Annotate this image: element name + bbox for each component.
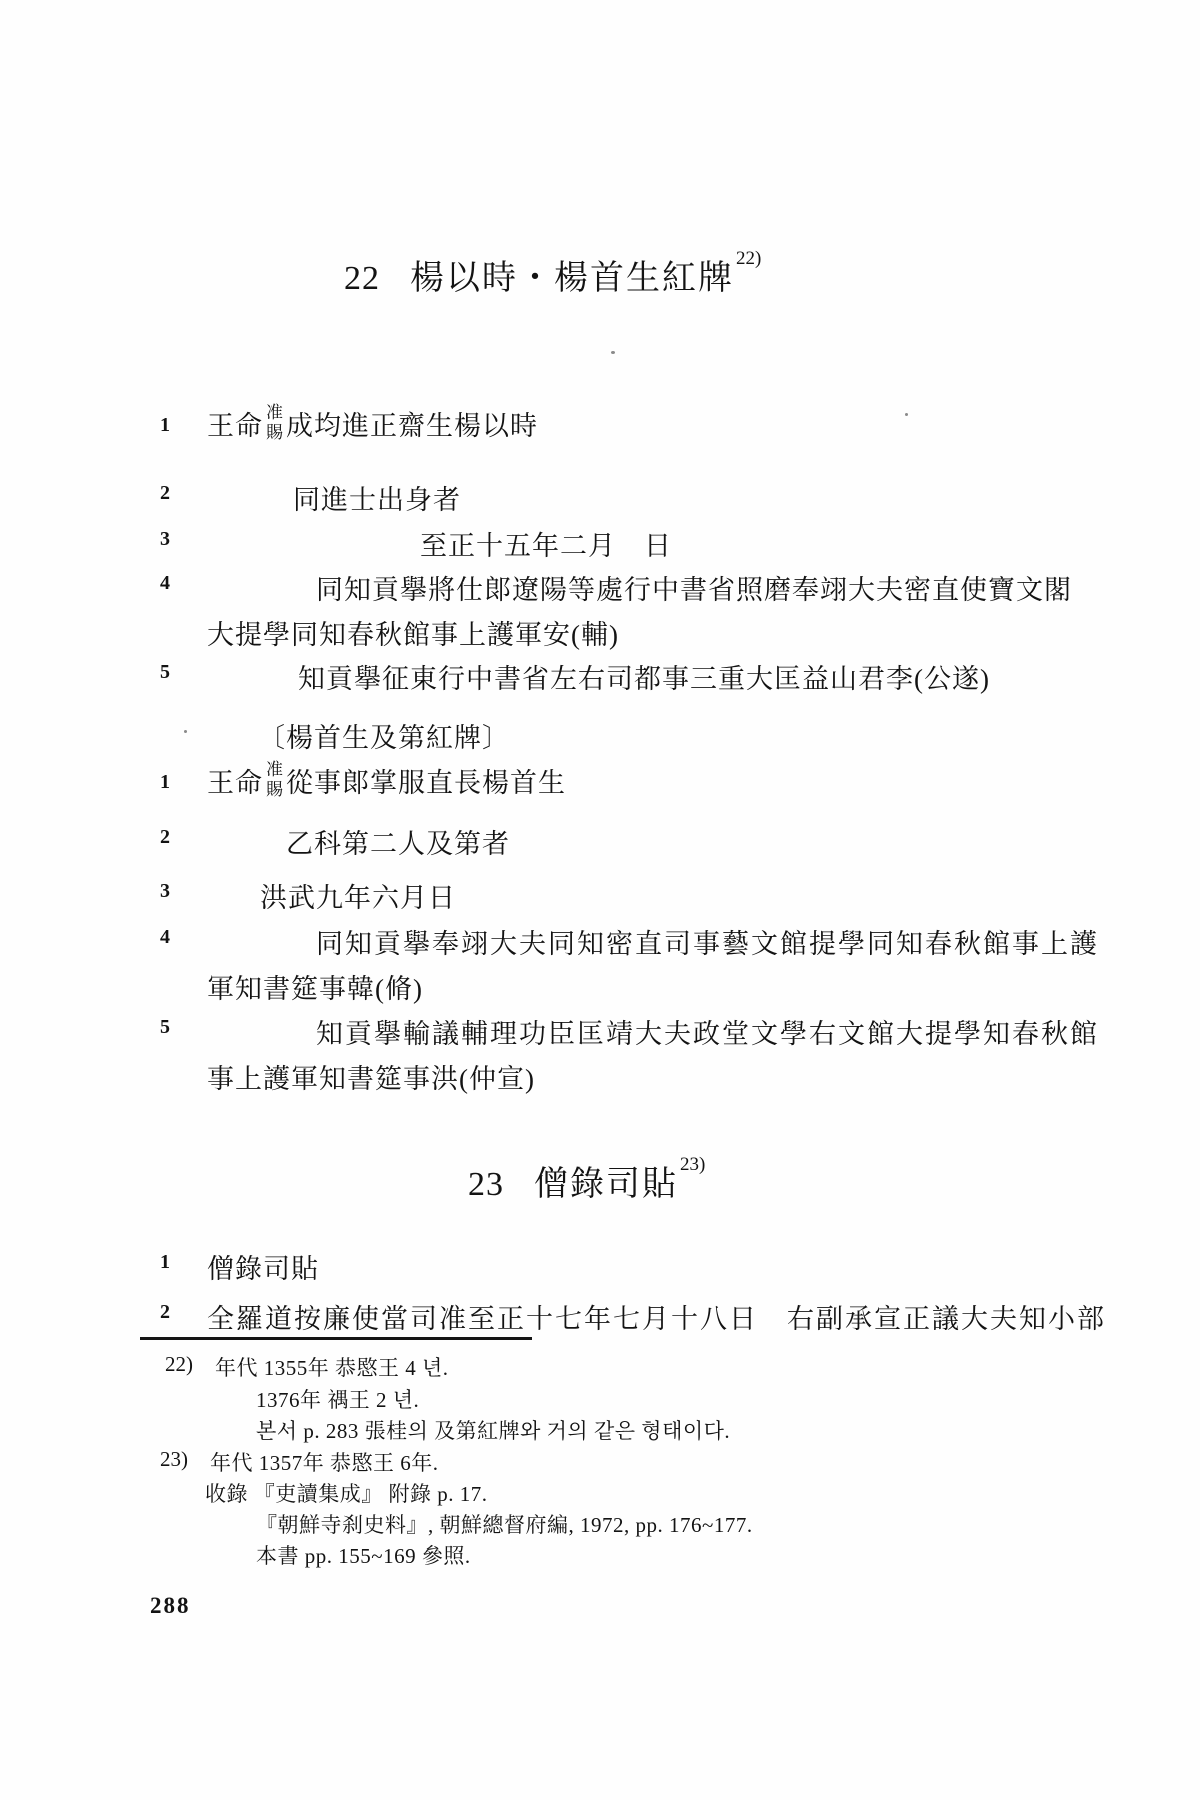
footnote-23-line: 『朝鮮寺刹史料』, 朝鮮總督府編, 1972, pp. 176~177. xyxy=(256,1509,753,1539)
doc-line: 同知貢擧將仕郞遼陽等處行中書省照磨奉翊大夫密直使寶文閣 xyxy=(316,568,1072,607)
footnote-divider xyxy=(140,1337,532,1340)
section-22-heading: 22楊以時・楊首生紅牌22) xyxy=(344,250,761,299)
footnote-23-line: 年代 1357年 恭愍王 6年. xyxy=(210,1447,439,1477)
line-number: 5 xyxy=(160,1016,170,1039)
section-23-heading: 23僧錄司貼23) xyxy=(468,1156,705,1205)
doc-line: 僧錄司貼 xyxy=(207,1247,319,1286)
line-number: 2 xyxy=(160,826,170,849)
footnote-23-label: 23) xyxy=(160,1447,188,1472)
line-number: 2 xyxy=(160,1301,170,1324)
footnote-22-label: 22) xyxy=(165,1352,193,1377)
doc-line-continuation: 軍知書筵事韓(脩) xyxy=(207,967,423,1006)
doc-line: 知貢擧輸議輔理功臣匡靖大夫政堂文學右文館大提學知春秋館 xyxy=(316,1012,1099,1051)
footnote-22-line: 1376年 禑王 2 년. xyxy=(256,1384,419,1414)
stack-bottom-char: 賜 xyxy=(266,423,283,443)
footnote-22-line: 年代 1355年 恭愍王 4 년. xyxy=(215,1352,449,1382)
scan-speck xyxy=(184,730,187,733)
stack-bottom-char: 賜 xyxy=(266,780,283,800)
doc-line: 乙科第二人及第者 xyxy=(286,822,510,861)
line-number: 4 xyxy=(160,572,170,595)
stacked-characters: 准 賜 xyxy=(266,760,283,801)
doc-line: 王命 准 賜 成均進正齋生楊以時 xyxy=(207,396,538,450)
line-number: 4 xyxy=(160,926,170,949)
stack-top-char: 准 xyxy=(266,760,283,780)
footnote-22-line: 본서 p. 283 張桂의 及第紅牌와 거의 같은 형태이다. xyxy=(256,1415,730,1445)
doc-line-continuation: 事上護軍知書筵事洪(仲宣) xyxy=(207,1057,535,1096)
scan-speck xyxy=(611,351,615,354)
scan-speck xyxy=(905,413,908,416)
stacked-characters: 准 賜 xyxy=(266,403,283,444)
line-number: 1 xyxy=(160,414,170,437)
doc-line: 王命 准 賜 從事郞掌服直長楊首生 xyxy=(207,753,566,807)
doc-line: 至正十五年二月 日 xyxy=(420,524,672,563)
line-number: 3 xyxy=(160,528,170,551)
doc-line-rest: 成均進正齋生楊以時 xyxy=(286,404,538,443)
line-number: 3 xyxy=(160,880,170,903)
line-number: 2 xyxy=(160,482,170,505)
footnote-23-line: 本書 pp. 155~169 參照. xyxy=(256,1540,471,1570)
doc-line: 同知貢擧奉翊大夫同知密直司事藝文館提學同知春秋館事上護 xyxy=(316,922,1099,961)
doc-line-rest: 從事郞掌服直長楊首生 xyxy=(286,761,566,800)
section-23-number: 23 xyxy=(468,1166,504,1204)
line-number: 1 xyxy=(160,771,170,794)
doc-line-lead: 王命 xyxy=(207,404,263,443)
doc-line: 知貢擧征東行中書省左右司都事三重大匡益山君李(公遂) xyxy=(298,657,990,696)
subsection-heading: 〔楊首生及第紅牌〕 xyxy=(258,716,510,755)
footnote-ref-22: 22) xyxy=(736,248,761,269)
section-23-title: 僧錄司貼 xyxy=(534,1166,678,1203)
footnote-ref-23: 23) xyxy=(680,1154,705,1175)
scanned-book-page: 22楊以時・楊首生紅牌22) 1 王命 准 賜 成均進正齋生楊以時 2 同進士出… xyxy=(0,0,1200,1800)
footnote-23-line: 收錄 『吏讀集成』 附錄 p. 17. xyxy=(205,1478,488,1508)
line-number: 5 xyxy=(160,661,170,684)
section-22-title: 楊以時・楊首生紅牌 xyxy=(410,260,734,297)
page-number: 288 xyxy=(150,1593,191,1619)
doc-line-lead: 王命 xyxy=(207,761,263,800)
doc-line: 同進士出身者 xyxy=(293,478,461,517)
doc-line-continuation: 大提學同知春秋館事上護軍安(輔) xyxy=(207,613,619,652)
section-22-number: 22 xyxy=(344,260,380,298)
doc-line: 全羅道按廉使當司准至正十七年七月十八日 右副承宣正議大夫知小部 xyxy=(207,1297,1106,1336)
doc-line: 洪武九年六月日 xyxy=(260,876,456,915)
line-number: 1 xyxy=(160,1251,170,1274)
stack-top-char: 准 xyxy=(266,403,283,423)
